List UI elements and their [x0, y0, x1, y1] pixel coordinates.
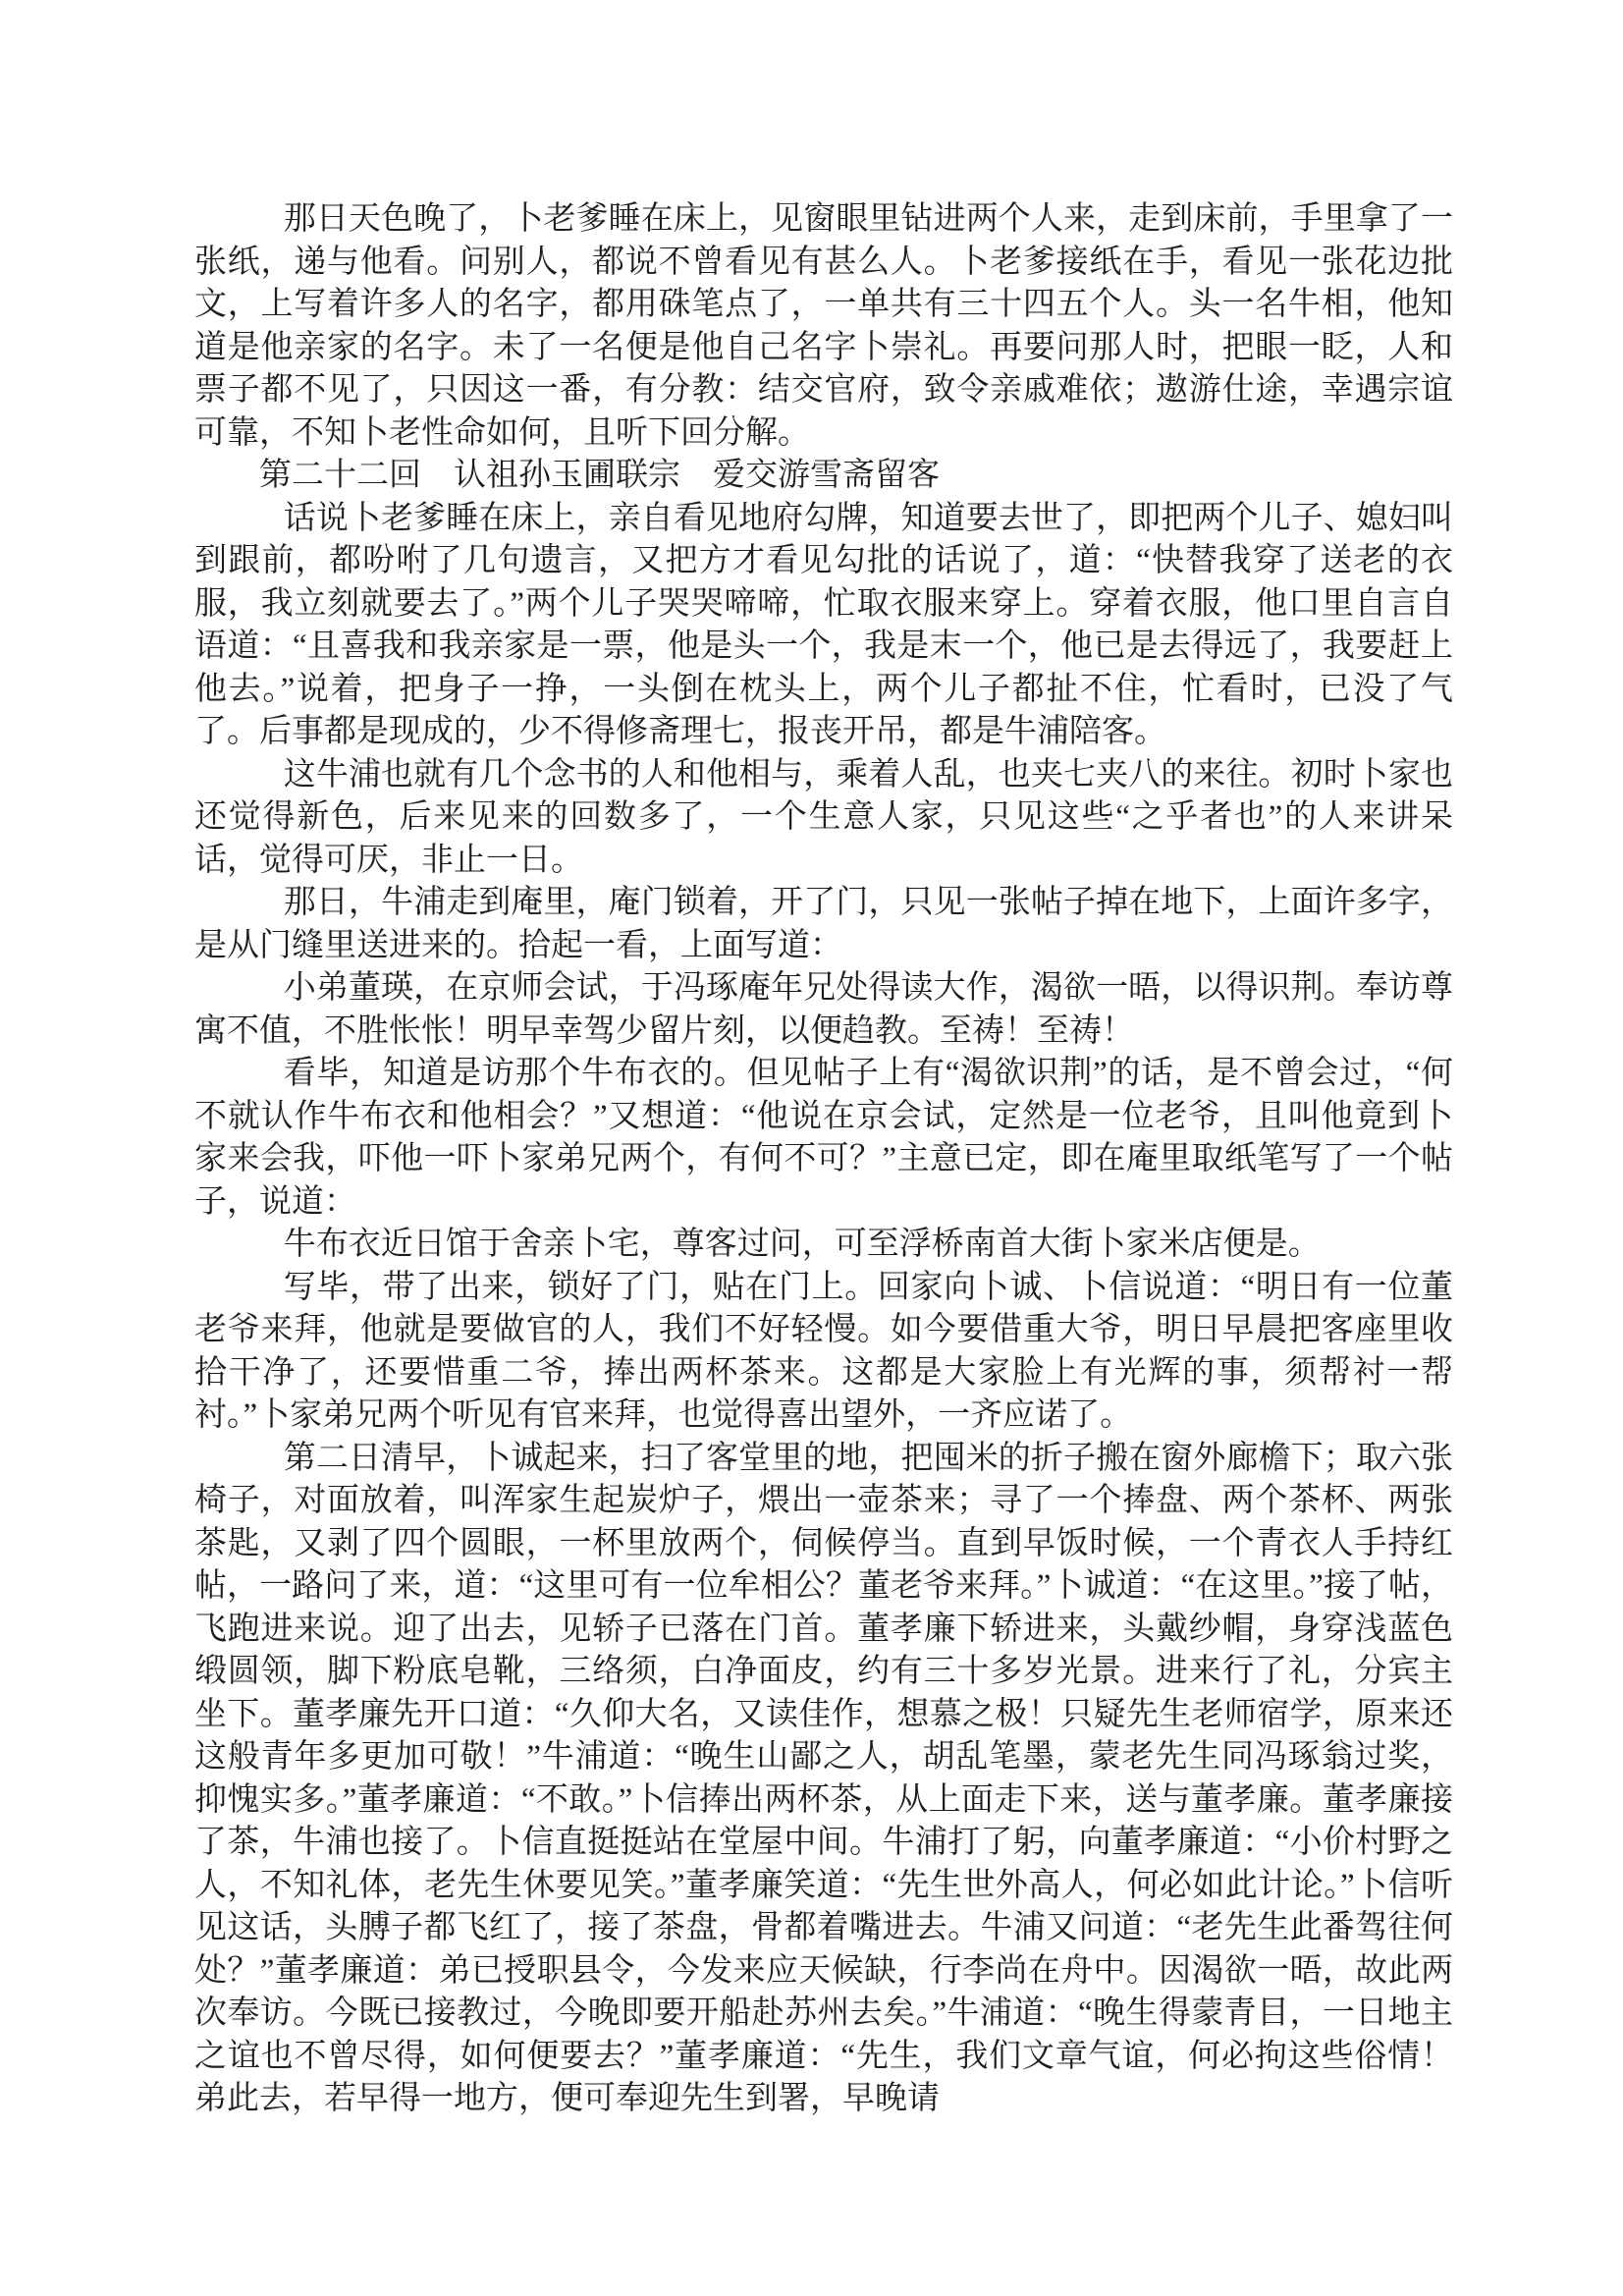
- paragraph: 那日天色晚了，卜老爹睡在床上，见窗眼里钻进两个人来，走到床前，手里拿了一张纸，递…: [194, 198, 1453, 455]
- paragraph: 写毕，带了出来，锁好了门，贴在门上。回家向卜诚、卜信说道：“明日有一位董老爷来拜…: [194, 1267, 1453, 1438]
- paragraph: 话说卜老爹睡在床上，亲自看见地府勾牌，知道要去世了，即把两个儿子、媳妇叫到跟前，…: [194, 498, 1453, 754]
- paragraph: 看毕，知道是访那个牛布衣的。但见帖子上有“渴欲识荆”的话，是不曾会过，“何不就认…: [194, 1053, 1453, 1224]
- paragraph: 这牛浦也就有几个念书的人和他相与，乘着人乱，也夹七夹八的来往。初时卜家也还觉得新…: [194, 754, 1453, 883]
- paragraph: 第二日清早，卜诚起来，扫了客堂里的地，把囤米的折子搬在窗外廊檐下；取六张椅子，对…: [194, 1438, 1453, 2121]
- chapter-title: 第二十二回 认祖孙玉圃联宗 爱交游雪斋留客: [194, 455, 1453, 498]
- letter-paragraph: 小弟董瑛，在京师会试，于冯琢庵年兄处得读大作，渴欲一晤，以得识荆。奉访尊寓不值，…: [194, 967, 1453, 1053]
- document-page: 那日天色晚了，卜老爹睡在床上，见窗眼里钻进两个人来，走到床前，手里拿了一张纸，递…: [0, 0, 1623, 2296]
- letter-paragraph: 牛布衣近日馆于舍亲卜宅，尊客过问，可至浮桥南首大街卜家米店便是。: [194, 1224, 1453, 1267]
- paragraph: 那日，牛浦走到庵里，庵门锁着，开了门，只见一张帖子掉在地下，上面许多字，是从门缝…: [194, 882, 1453, 967]
- text-block: 那日天色晚了，卜老爹睡在床上，见窗眼里钻进两个人来，走到床前，手里拿了一张纸，递…: [194, 198, 1453, 2121]
